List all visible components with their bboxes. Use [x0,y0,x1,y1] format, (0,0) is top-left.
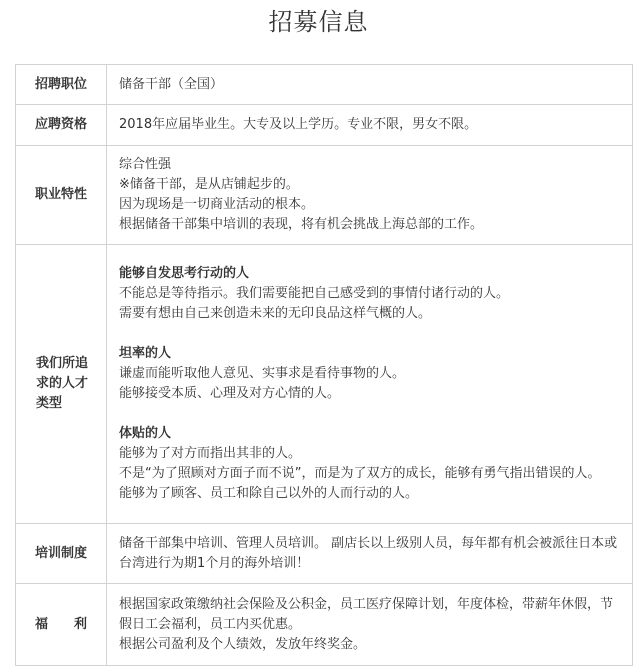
label-line: 类型 [36,394,92,414]
section-heading: 体贴的人 [119,424,620,444]
spacer [119,404,620,424]
position-text: 储备干部（全国） [119,75,620,95]
table-row-benefits: 福 利 根据国家政策缴纳社会保险及公积金，员工医疗保障计划，年度体检，带薪年休假… [16,584,633,666]
page-title: 招募信息 [0,0,637,44]
section-line: 需要有想由自己来创造未来的无印良品这样气概的人。 [119,304,620,324]
row-label-qualification: 应聘资格 [16,105,107,146]
table-row-training: 培训制度 储备干部集中培训、管理人员培训。 副店长以上级别人员，每年都有机会被派… [16,524,633,584]
label-line: 我们所追 [36,354,92,374]
row-label-benefits: 福 利 [16,584,107,666]
section-line: 不是“为了照顾对方面子而不说”，而是为了双方的成长，能够有勇气指出错误的人。 [119,464,620,484]
row-value-qualification: 2018年应届毕业生。大专及以上学历。专业不限，男女不限。 [107,105,633,146]
table-row-job-traits: 职业特性 综合性强 ※储备干部，是从店铺起步的。 因为现场是一切商业活动的根本。… [16,146,633,245]
row-label-talent-type: 我们所追 求的人才 类型 [16,245,107,524]
benefits-line: 根据公司盈利及个人绩效，发放年终奖金。 [119,635,620,655]
section-line: 谦虚而能听取他人意见、实事求是看待事物的人。 [119,364,620,384]
table-row-qualification: 应聘资格 2018年应届毕业生。大专及以上学历。专业不限，男女不限。 [16,105,633,146]
row-label-position: 招聘职位 [16,65,107,105]
section-line: 能够为了对方而指出其非的人。 [119,444,620,464]
table-row-talent-type: 我们所追 求的人才 类型 能够自发思考行动的人 不能总是等待指示。我们需要能把自… [16,245,633,524]
training-text: 储备干部集中培训、管理人员培训。 副店长以上级别人员，每年都有机会被派往日本或台… [119,534,620,574]
label-line: 求的人才 [36,374,92,394]
job-trait-line: 因为现场是一切商业活动的根本。 [119,195,620,215]
row-value-training: 储备干部集中培训、管理人员培训。 副店长以上级别人员，每年都有机会被派往日本或台… [107,524,633,584]
job-trait-line: 综合性强 [119,155,620,175]
row-value-job-traits: 综合性强 ※储备干部，是从店铺起步的。 因为现场是一切商业活动的根本。 根据储备… [107,146,633,245]
section-heading: 能够自发思考行动的人 [119,264,620,284]
row-label-training: 培训制度 [16,524,107,584]
spacer [119,324,620,344]
row-value-position: 储备干部（全国） [107,65,633,105]
row-label-job-traits: 职业特性 [16,146,107,245]
section-line: 能够接受本质、心理及对方心情的人。 [119,384,620,404]
row-value-benefits: 根据国家政策缴纳社会保险及公积金，员工医疗保障计划，年度体检，带薪年休假，节假日… [107,584,633,666]
table-row-position: 招聘职位 储备干部（全国） [16,65,633,105]
job-trait-line: 根据储备干部集中培训的表现，将有机会挑战上海总部的工作。 [119,215,620,235]
qualification-text: 2018年应届毕业生。大专及以上学历。专业不限，男女不限。 [119,115,620,135]
job-trait-line: ※储备干部，是从店铺起步的。 [119,175,620,195]
recruitment-info-table: 招聘职位 储备干部（全国） 应聘资格 2018年应届毕业生。大专及以上学历。专业… [15,64,633,666]
section-line: 能够为了顾客、员工和除自己以外的人而行动的人。 [119,484,620,504]
section-heading: 坦率的人 [119,344,620,364]
benefits-line: 根据国家政策缴纳社会保险及公积金，员工医疗保障计划，年度体检，带薪年休假，节假日… [119,595,620,635]
section-line: 不能总是等待指示。我们需要能把自己感受到的事情付诸行动的人。 [119,284,620,304]
row-value-talent-type: 能够自发思考行动的人 不能总是等待指示。我们需要能把自己感受到的事情付诸行动的人… [107,245,633,524]
